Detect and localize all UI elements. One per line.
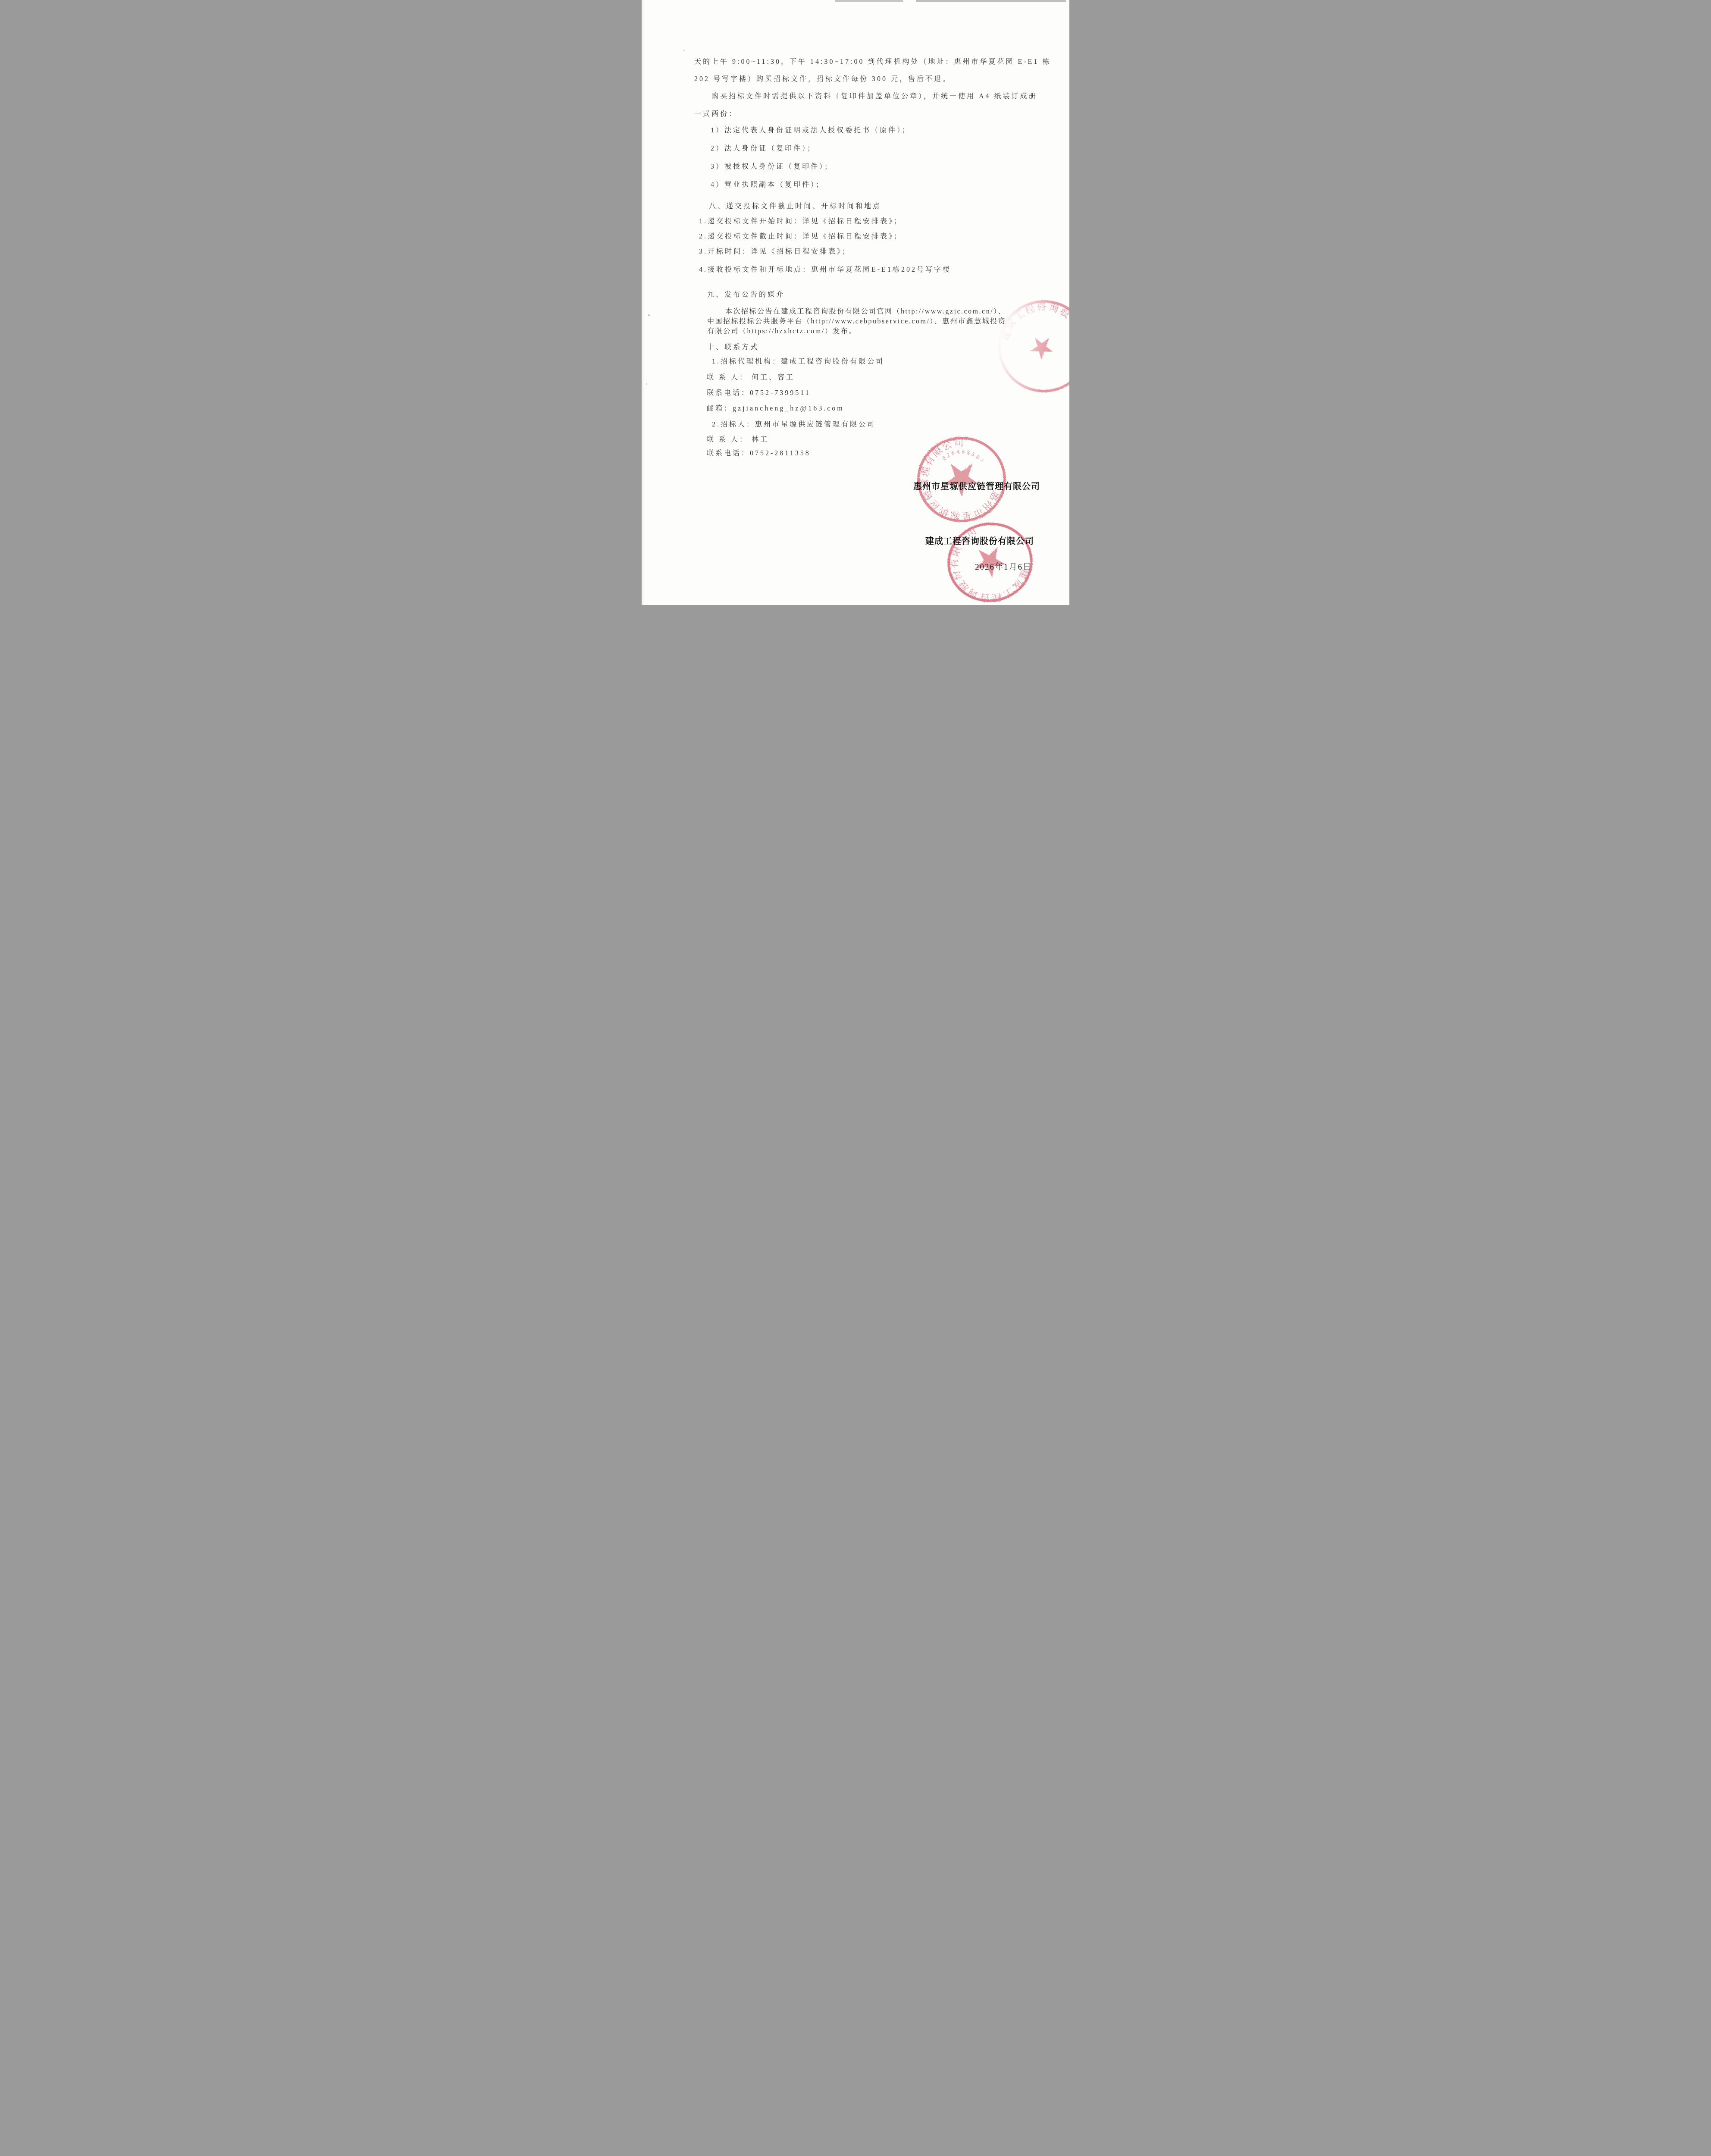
section-10-heading: 十、联系方式 [707, 342, 759, 351]
media-paragraph-line: 有限公司（https://hzxhctz.com/）发布。 [707, 326, 857, 335]
scan-speck [646, 383, 647, 385]
scanned-document-page: 天的上午 9:00~11:30，下午 14:30~17:00 到代理机构处（地址… [642, 0, 1069, 605]
requirement-item: 3）被授权人身份证（复印件）； [711, 161, 833, 171]
paragraph-line: 202 号写字楼）购买招标文件，招标文件每份 300 元，售后不退。 [694, 73, 951, 83]
contact-line-phone: 联系电话：0752-2811358 [707, 448, 811, 458]
corner-seal: 建成工程咨询股份有限公司 [997, 299, 1069, 394]
section-8-item: 4.接收投标文件和开标地点：惠州市华夏花园E-E1栋202号写字楼 [699, 264, 951, 274]
scan-artifact-band [835, 0, 903, 2]
scan-artifact-band [916, 0, 1066, 2]
paragraph-line: 天的上午 9:00~11:30，下午 14:30~17:00 到代理机构处（地址… [694, 56, 1051, 66]
contact-line-phone: 联系电话：0752-7399511 [707, 387, 811, 397]
requirement-item: 2）法人身份证（复印件）； [711, 143, 816, 153]
media-paragraph-line: 本次招标公告在建成工程咨询股份有限公司官网（http://www.gzjc.co… [725, 306, 1006, 316]
tenderer-signature: 惠州市星塬供应链管理有限公司 [913, 479, 1040, 492]
section-8-item: 1.递交投标文件开始时间：详见《招标日程安排表》； [699, 216, 903, 226]
requirement-item: 1）法定代表人身份证明或法人授权委托书（原件）； [711, 125, 911, 135]
section-9-heading: 九、发布公告的媒介 [707, 289, 785, 299]
seal-serial-number: 020468587 [941, 449, 986, 465]
section-8-heading: 八、递交投标文件截止时间、开标时间和地点 [709, 201, 881, 210]
paragraph-line: 购买招标文件时需提供以下资料（复印件加盖单位公章），并统一使用 A4 纸装订成册 [711, 91, 1037, 100]
scan-speck [683, 50, 685, 51]
section-8-item: 3.开标时间：详见《招标日程安排表》； [699, 246, 851, 256]
scan-speck [648, 314, 650, 316]
seal-rim-text: 建成工程咨询股份有限公司 [997, 299, 1069, 392]
section-8-item: 2.递交投标文件截止时间：详见《招标日程安排表》； [699, 231, 903, 241]
tenderer-seal: 惠州市星塬供应链管理有限公司 020468587 [916, 435, 1007, 523]
contact-line-person: 联 系 人： 林工 [707, 434, 769, 444]
paragraph-line: 一式两份： [694, 108, 737, 118]
contact-line-person: 联 系 人： 何工、容工 [707, 372, 795, 382]
media-paragraph-line: 中国招标投标公共服务平台（http://www.cebpubservice.co… [707, 316, 1006, 326]
seal-star-icon [1030, 338, 1053, 360]
svg-text:建成工程咨询股份有限公司: 建成工程咨询股份有限公司 [997, 299, 1069, 392]
contact-line-agency: 1.招标代理机构：建成工程咨询股份有限公司 [712, 356, 884, 366]
agency-signature: 建成工程咨询股份有限公司 [925, 534, 1034, 547]
svg-text:020468587: 020468587 [941, 449, 986, 465]
issue-date: 2026年1月6日 [975, 561, 1032, 572]
contact-line-tenderer: 2.招标人：惠州市星塬供应链管理有限公司 [712, 419, 876, 429]
contact-line-email: 邮箱：gzjiancheng_hz@163.com [707, 403, 844, 413]
requirement-item: 4）营业执照副本（复印件）； [711, 179, 824, 189]
